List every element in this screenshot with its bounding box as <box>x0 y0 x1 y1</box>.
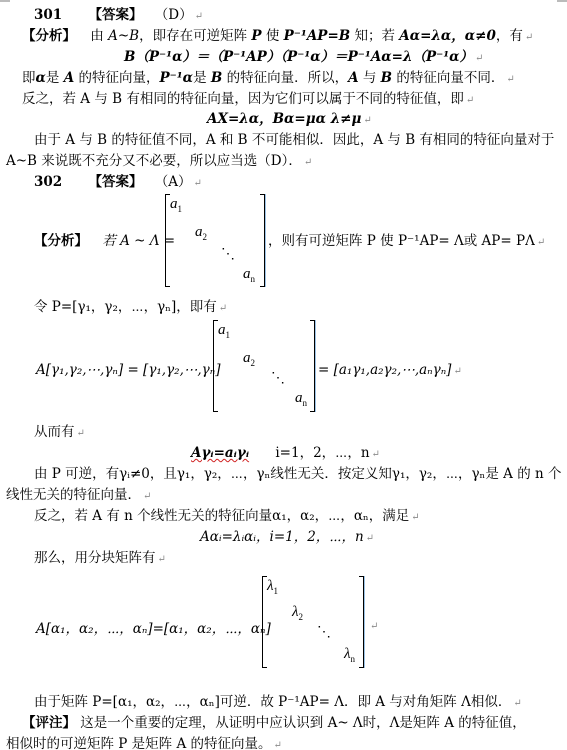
q301-equation-2: AX=λα，Bα=μα λ≠μ↵ <box>207 107 372 127</box>
math: P⁻¹α <box>159 70 193 86</box>
q302-p-inv-line2: 线性无关的特征向量．↵ <box>6 483 151 503</box>
paragraph-mark: ↵ <box>370 621 378 632</box>
math: B <box>211 70 222 86</box>
text: 反之，若 A 与 B 有相同的特征向量，因为它们可以属于不同的特征值，即 <box>22 91 464 107</box>
diagonal-matrix-1: a1 a2 ⋱ an <box>165 194 265 287</box>
q301-equation-1: B（P⁻¹α）＝（P⁻¹AP）（P⁻¹α）＝P⁻¹Aα=λ（P⁻¹α）↵ <box>124 45 483 65</box>
paragraph-mark: ↵ <box>77 428 85 439</box>
paragraph-mark: ↵ <box>219 303 227 314</box>
q302-let-line: 令 P=[γ₁，γ₂，⋯，γₙ]，即有↵ <box>34 295 227 315</box>
q302-eq-rhs: = [a₁γ₁,a₂γ₂,⋯,aₙγₙ]↵ <box>318 362 462 378</box>
paragraph-mark: ↵ <box>475 53 483 64</box>
paragraph-mark: ↵ <box>525 32 533 43</box>
math-lhs: A[γ₁,γ₂,⋯,γₙ] = [γ₁,γ₂,⋯,γₙ] <box>36 362 220 378</box>
right-bracket <box>310 320 315 412</box>
right-bracket <box>359 576 364 668</box>
question-number: 301 <box>34 7 62 23</box>
q302-p-inv-line1: 由 P 可逆，有γᵢ≠0，且γ₁，γ₂，⋯，γₙ线性无关．按定义知γ₁，γ₂，⋯… <box>34 462 562 482</box>
math-similar: A~B <box>108 28 139 44</box>
text: 反之，若 A 有 n 个线性无关的特征向量α₁，α₂，⋯，αₙ，满足 <box>34 508 409 524</box>
index-range: i=1，2，⋯，n <box>275 445 369 461</box>
matrix-entry: a1 <box>170 196 182 213</box>
answer-label: 【答案】 <box>88 7 142 23</box>
text: 那么，用分块矩阵有 <box>34 550 156 566</box>
text: 由于 A 与 B 的特征值不同，A 和 B 不可能相似．因此，A 与 B 有相同… <box>34 132 554 148</box>
paragraph-mark: ↵ <box>466 95 474 106</box>
q301-line7: A~B 来说既不充分又不必要，所以应当选（D）．↵ <box>6 149 312 169</box>
paragraph-mark: ↵ <box>537 237 545 248</box>
q302-eq-converse: Aαᵢ=λᵢαᵢ，i=1，2，⋯，n↵ <box>200 525 374 545</box>
text: A~B 来说既不充分又不必要，所以应当选（D）． <box>6 153 302 169</box>
math-P: P <box>251 28 261 44</box>
matrix-entry: a2 <box>195 224 207 241</box>
q302-note-line2: 相似时的可逆矩阵 P 是矩阵 A 的特征向量。↵ <box>6 732 282 750</box>
q302-eq-lhs: A[γ₁,γ₂,⋯,γₙ] = [γ₁,γ₂,⋯,γₙ] <box>36 362 220 378</box>
text: 与 <box>359 70 381 86</box>
paragraph-mark: ↵ <box>513 698 521 709</box>
text: 的特征向量．所以， <box>222 70 348 86</box>
text: 是 <box>193 70 211 86</box>
analysis-label: 【分析】 <box>22 28 76 44</box>
math-equation: Aγᵢ=aᵢγᵢ <box>191 445 249 461</box>
text: 由 P 可逆，有γᵢ≠0，且γ₁，γ₂，⋯，γₙ线性无关．按定义知γ₁，γ₂，⋯… <box>34 466 562 482</box>
answer-value: （D） <box>155 7 193 23</box>
text: 线性无关的特征向量． <box>6 487 141 503</box>
matrix-entry: a2 <box>243 350 255 367</box>
text: 即 <box>22 70 36 86</box>
text: 相似时的可逆矩阵 P 是矩阵 A 的特征向量。 <box>6 736 272 750</box>
text: 由于矩阵 P=[α₁，α₂，⋯，αₙ]可逆．故 P⁻¹AP= Λ．即 A 与对角… <box>34 694 511 710</box>
paragraph-mark: ↵ <box>506 74 514 85</box>
q302-converse-line: 反之，若 A 有 n 个线性无关的特征向量α₁，α₂，⋯，αₙ，满足↵ <box>34 504 420 524</box>
text: ，有 <box>496 28 523 44</box>
paragraph-mark: ↵ <box>274 740 282 750</box>
analysis-label: 【分析】 <box>34 233 88 249</box>
text: 的特征向量， <box>74 70 159 86</box>
q302-analysis-lhs: 【分析】 若 A ~ Λ = <box>34 229 175 249</box>
page-corner-mark-left <box>0 0 10 2</box>
diagonal-dots: ⋱ <box>271 370 285 386</box>
text: 知；若 <box>350 28 399 44</box>
text: 令 P=[γ₁，γ₂，⋯，γₙ]，即有 <box>34 299 217 315</box>
text: 是 <box>46 70 64 86</box>
math: A <box>348 70 358 86</box>
matrix-entry: a1 <box>218 322 230 339</box>
q302-final-line: 由于矩阵 P=[α₁，α₂，⋯，αₙ]可逆．故 P⁻¹AP= Λ．即 A 与对角… <box>34 690 522 710</box>
q302-thus: 从而有↵ <box>34 420 85 440</box>
text: ，即存在可逆矩阵 <box>139 28 251 44</box>
matrix-entry: λn <box>344 646 355 663</box>
q302-block-line: 那么，用分块矩阵有↵ <box>34 546 166 566</box>
page-corner-mark-right <box>557 0 567 2</box>
text: ，则有可逆矩阵 P 使 P⁻¹AP= Λ或 AP= PΛ <box>268 233 535 249</box>
q301-line6: 由于 A 与 B 的特征值不同，A 和 B 不可能相似．因此，A 与 B 有相同… <box>34 128 554 148</box>
q302-block-end: ↵ <box>368 617 378 633</box>
text: 使 <box>262 28 284 44</box>
note-label: 【评注】 <box>22 715 76 731</box>
matrix-entry: an <box>243 266 255 283</box>
right-bracket <box>260 194 265 287</box>
question-number: 302 <box>34 174 62 190</box>
answer-label: 【答案】 <box>88 174 142 190</box>
q302-analysis-rhs: ，则有可逆矩阵 P 使 P⁻¹AP= Λ或 AP= PΛ↵ <box>268 229 545 249</box>
paragraph-mark: ↵ <box>372 449 380 460</box>
paragraph-mark: ↵ <box>453 366 461 377</box>
matrix-entry: λ1 <box>267 578 278 595</box>
q301-analysis-line1: 【分析】 由 A~B，即存在可逆矩阵 P 使 P⁻¹AP=B 知；若 Aα=λα… <box>22 24 533 44</box>
math-lhs: A[α₁，α₂，⋯，αₙ]=[α₁，α₂，⋯，αₙ] <box>36 621 271 637</box>
math: A <box>64 70 74 86</box>
diagonal-matrix-2: a1 a2 ⋱ an <box>213 320 315 412</box>
paragraph-mark: ↵ <box>158 554 166 565</box>
text: 的特征向量不同． <box>392 70 504 86</box>
diagonal-matrix-lambda: λ1 λ2 ⋱ λn <box>262 576 364 668</box>
matrix-entry: an <box>295 390 307 407</box>
paragraph-mark: ↵ <box>411 512 419 523</box>
paragraph-mark: ↵ <box>363 115 371 126</box>
q301-line4: 反之，若 A 与 B 有相同的特征向量，因为它们可以属于不同的特征值，即↵ <box>22 87 474 107</box>
paragraph-mark: ↵ <box>143 491 151 502</box>
q302-note-line1: 【评注】 这是一个重要的定理，从证明中应认识到 A~ Λ时，Λ是矩阵 A 的特征… <box>22 711 526 731</box>
q302-header: 302 【答案】 （A）↵ <box>34 170 202 190</box>
math-eigen: Aα=λα，α≠0 <box>399 28 496 44</box>
q301-line3: 即α是 A 的特征向量，P⁻¹α是 B 的特征向量．所以，A 与 B 的特征向量… <box>22 66 515 86</box>
paragraph-mark: ↵ <box>195 11 203 22</box>
math-equation: B（P⁻¹α）＝（P⁻¹AP）（P⁻¹α）＝P⁻¹Aα=λ（P⁻¹α） <box>124 49 473 65</box>
q301-header: 301 【答案】 （D）↵ <box>34 3 203 23</box>
q302-block-lhs: A[α₁，α₂，⋯，αₙ]=[α₁，α₂，⋯，αₙ] <box>36 617 271 637</box>
math: B <box>381 70 392 86</box>
text: 由 <box>90 28 108 44</box>
q302-eq-Ai: Aγᵢ=aᵢγᵢ i=1，2，⋯，n↵ <box>191 441 380 461</box>
paragraph-mark: ↵ <box>194 178 202 189</box>
diagonal-dots: ⋱ <box>317 624 331 640</box>
paragraph-mark: ↵ <box>366 533 374 544</box>
math: α <box>36 70 46 86</box>
text: 这是一个重要的定理，从证明中应认识到 A~ Λ时，Λ是矩阵 A 的特征值， <box>76 715 526 731</box>
text: 从而有 <box>34 424 75 440</box>
matrix-entry: λ2 <box>292 604 303 621</box>
math-eq: P⁻¹AP=B <box>284 28 351 44</box>
paragraph-mark: ↵ <box>304 157 312 168</box>
math-equation: AX=λα，Bα=μα λ≠μ <box>207 111 361 127</box>
math-equation: Aαᵢ=λᵢαᵢ，i=1，2，⋯，n <box>200 529 364 545</box>
diagonal-dots: ⋱ <box>221 246 235 262</box>
answer-value: （A） <box>155 174 192 190</box>
math-rhs: = [a₁γ₁,a₂γ₂,⋯,aₙγₙ] <box>318 362 451 378</box>
